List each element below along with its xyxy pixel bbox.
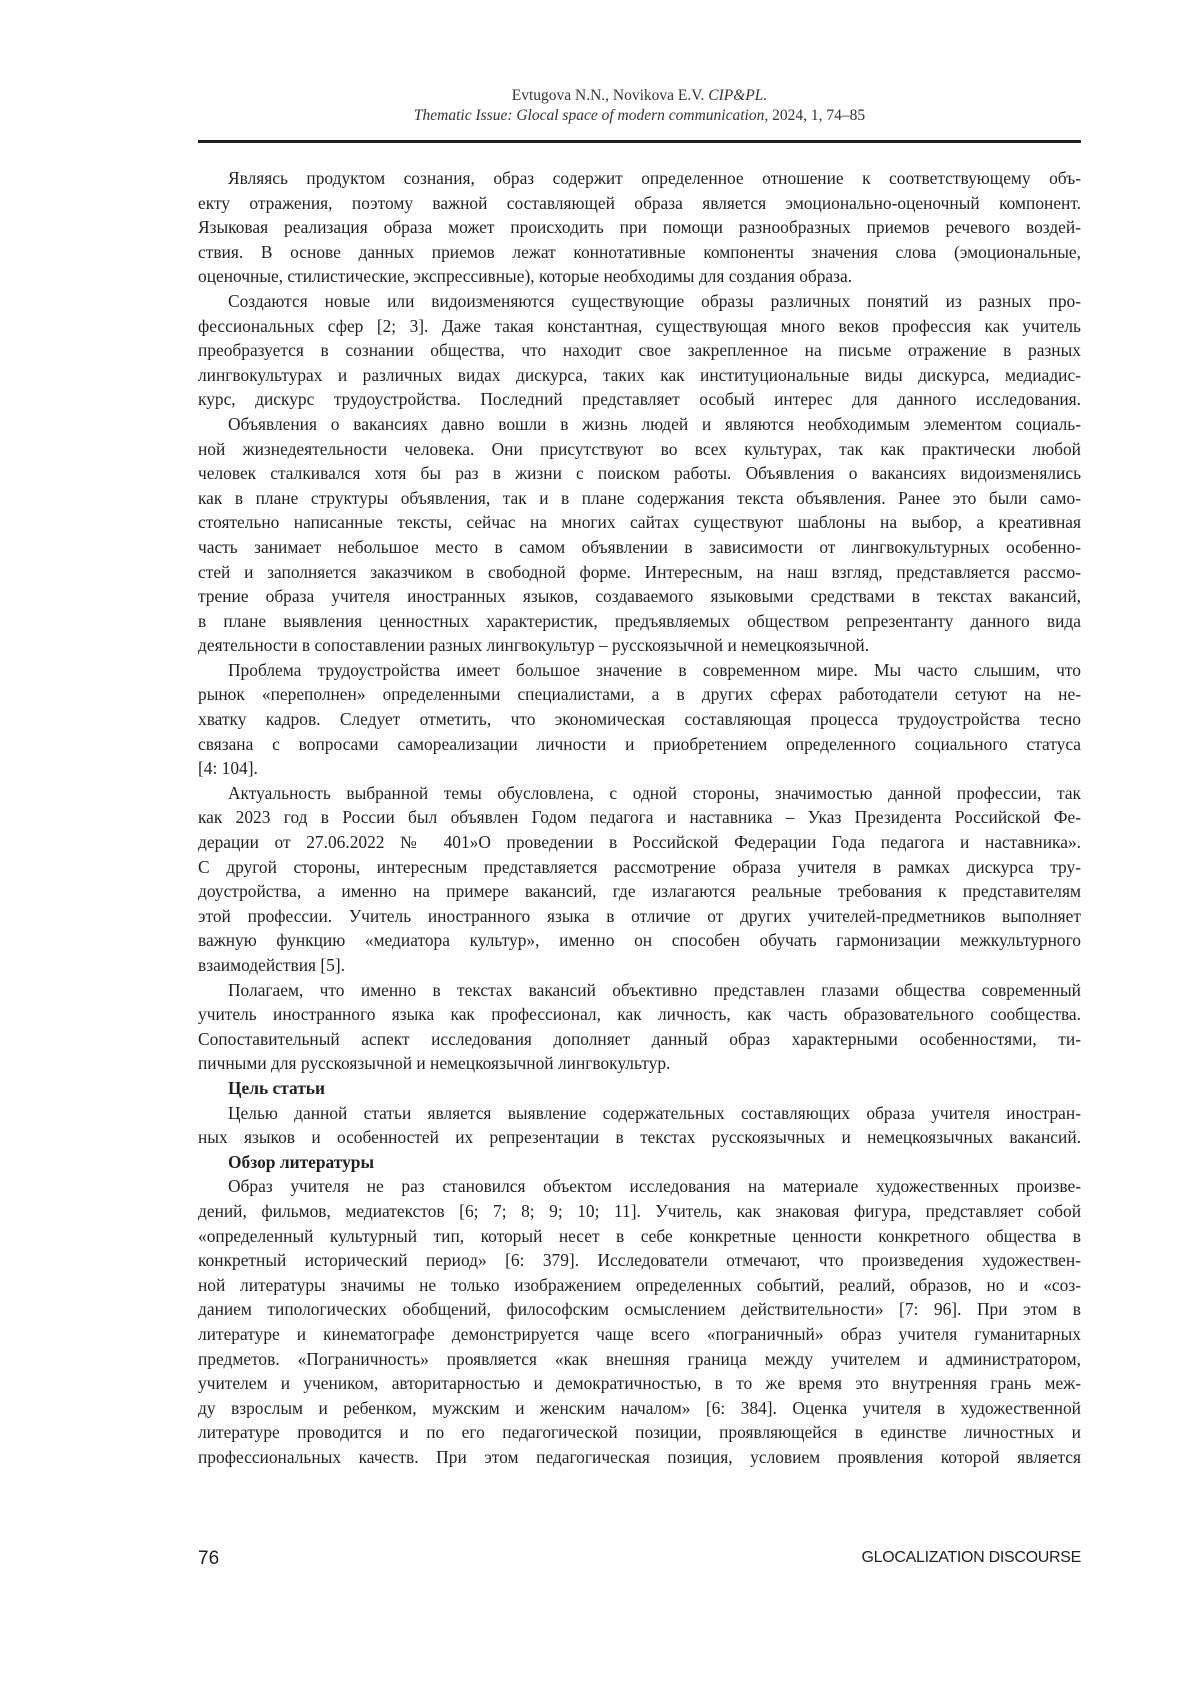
text-line: Сопоставительный аспект исследования доп… [198,1027,1081,1052]
header-authors: Evtugova N.N., Novikova E.V. [512,87,705,104]
text-line: профессиональных качеств. При этом педаг… [198,1445,1081,1470]
header-authors-line: Evtugova N.N., Novikova E.V. CIP&PL. [198,86,1081,106]
text-line: данием типологических обобщений, философ… [198,1297,1081,1322]
running-footer: 76 GLOCALIZATION DISCOURSE [198,1548,1081,1572]
text-line: Являясь продуктом сознания, образ содерж… [198,166,1081,191]
header-issue-numbers: 2024, 1, 74–85 [768,107,865,124]
text-line: стей и заполняется заказчиком в свободно… [198,560,1081,585]
page-number: 76 [198,1548,219,1570]
text-line: оценочные, стилистические, экспрессивные… [198,264,1081,289]
text-line: связана с вопросами самореализации лично… [198,732,1081,757]
text-line: ной жизнедеятельности человека. Они прис… [198,437,1081,462]
text-line: Актуальность выбранной темы обусловлена,… [198,781,1081,806]
text-line: Полагаем, что именно в текстах вакансий … [198,978,1081,1003]
document-page: Evtugova N.N., Novikova E.V. CIP&PL. The… [0,0,1200,1697]
text-line: [4: 104]. [198,756,1081,781]
text-line: курс, дискурс трудоустройства. Последний… [198,387,1081,412]
header-journal-abbr: CIP&PL. [708,87,767,104]
text-line: ствия. В основе данных приемов лежат кон… [198,240,1081,265]
text-line: С другой стороны, интересным представляе… [198,855,1081,880]
text-line: как 2023 год в России был объявлен Годом… [198,805,1081,830]
text-line: рынок «переполнен» определенными специал… [198,682,1081,707]
text-line: екту отражения, поэтому важной составляю… [198,191,1081,216]
text-line: стоятельно написанные тексты, сейчас на … [198,510,1081,535]
text-line: преобразуется в сознании общества, что н… [198,338,1081,363]
text-line: деятельности в сопоставлении разных линг… [198,633,1081,658]
text-line: «определенный культурный тип, который не… [198,1224,1081,1249]
text-line: часть занимает небольшое место в самом о… [198,535,1081,560]
text-line: фессиональных сфер [2; 3]. Даже такая ко… [198,314,1081,339]
journal-name: GLOCALIZATION DISCOURSE [861,1549,1081,1567]
text-line: лингвокультурах и различных видах дискур… [198,363,1081,388]
text-line: человек сталкивался хотя бы раз в жизни … [198,461,1081,486]
text-line: важную функцию «медиатора культур», имен… [198,928,1081,953]
text-line: пичными для русскоязычной и немецкоязычн… [198,1051,1081,1076]
text-line: ду взрослым и ребенком, мужским и женски… [198,1396,1081,1421]
article-body: Являясь продуктом сознания, образ содерж… [198,166,1081,1469]
text-line: Языковая реализация образа может происхо… [198,215,1081,240]
text-line: Целью данной статьи является выявление с… [198,1101,1081,1126]
text-line: Образ учителя не раз становился объектом… [198,1174,1081,1199]
text-line: литературе проводится и по его педагогич… [198,1420,1081,1445]
section-heading: Обзор литературы [198,1150,1081,1175]
section-heading: Цель статьи [198,1076,1081,1101]
text-line: дерации от 27.06.2022 № 401»О проведении… [198,830,1081,855]
header-issue-title: Thematic Issue: Glocal space of modern c… [414,107,768,124]
text-line: Проблема трудоустройства имеет большое з… [198,658,1081,683]
text-line: учителем и учеником, авторитарностью и д… [198,1371,1081,1396]
header-rule [198,140,1081,143]
text-line: взаимодействия [5]. [198,953,1081,978]
text-line: ных языков и особенностей их репрезентац… [198,1125,1081,1150]
text-line: литературе и кинематографе демонстрирует… [198,1322,1081,1347]
text-line: Создаются новые или видоизменяются сущес… [198,289,1081,314]
text-line: Объявления о вакансиях давно вошли в жиз… [198,412,1081,437]
text-line: предметов. «Пограничность» проявляется «… [198,1347,1081,1372]
text-line: как в плане структуры объявления, так и … [198,486,1081,511]
text-line: учитель иностранного языка как профессио… [198,1002,1081,1027]
text-line: дений, фильмов, медиатекстов [6; 7; 8; 9… [198,1199,1081,1224]
text-line: ной литературы значимы не только изображ… [198,1273,1081,1298]
running-header: Evtugova N.N., Novikova E.V. CIP&PL. The… [198,86,1081,126]
text-line: доустройства, а именно на примере ваканс… [198,879,1081,904]
text-line: хватку кадров. Следует отметить, что эко… [198,707,1081,732]
text-line: конкретный исторический период» [6: 379]… [198,1248,1081,1273]
text-line: этой профессии. Учитель иностранного язы… [198,904,1081,929]
header-issue-line: Thematic Issue: Glocal space of modern c… [198,106,1081,126]
text-line: трение образа учителя иностранных языков… [198,584,1081,609]
text-line: в плане выявления ценностных характерист… [198,609,1081,634]
